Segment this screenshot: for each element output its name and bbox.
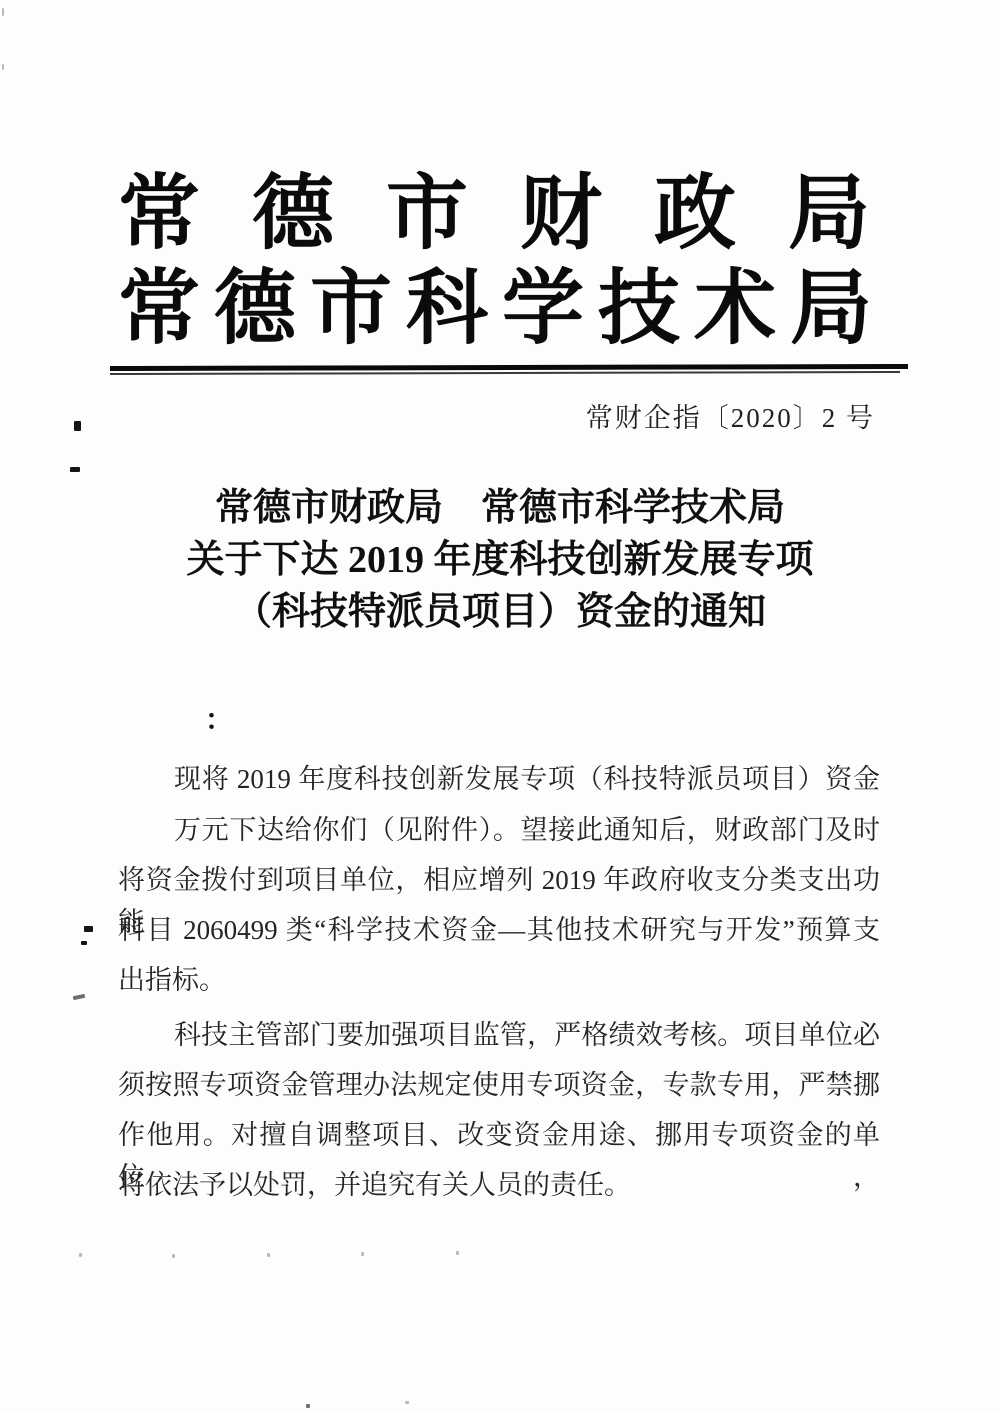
scan-artifact <box>306 1404 310 1408</box>
scan-artifact <box>70 467 80 472</box>
body-line: 万元下达给你们（见附件）。望接此通知后，财政部门及时 <box>118 809 880 853</box>
scan-artifact <box>73 994 86 1000</box>
body-line: 科技主管部门要加强项目监管，严格绩效考核。项目单位必 <box>118 1014 880 1058</box>
body-line: 须按照专项资金管理办法规定使用专项资金，专款专用，严禁挪 <box>118 1064 880 1108</box>
scan-artifact <box>79 1253 82 1257</box>
divider-thin-line <box>110 371 900 375</box>
scan-artifact <box>84 926 93 932</box>
body-line: 出指标。 <box>118 959 880 1003</box>
letterhead-divider <box>110 364 908 375</box>
body-line: 现将 2019 年度科技创新发展专项（科技特派员项目）资金 <box>118 758 880 802</box>
body-line: 作他用。对擅自调整项目、改变资金用途、挪用专项资金的单位， <box>118 1114 880 1158</box>
title-line-1: 常德市财政局 常德市科学技术局 <box>0 486 1000 530</box>
scanned-notice-page: 常德市财政局 常德市科学技术局 常财企指〔2020〕2 号 常德市财政局 常德市… <box>0 0 1000 1413</box>
scan-artifact <box>74 421 81 431</box>
scan-artifact <box>2 64 4 70</box>
letterhead-agency-science: 常德市科学技术局 <box>118 266 886 352</box>
scan-artifact <box>267 1253 270 1257</box>
letterhead-agency-finance: 常德市财政局 <box>118 171 922 257</box>
salutation-colon: ： <box>205 698 233 738</box>
scan-artifact <box>2 8 4 16</box>
scan-artifact <box>456 1251 459 1255</box>
scan-artifact <box>361 1252 364 1256</box>
body-line: 将资金拨付到项目单位，相应增列 2019 年政府收支分类支出功能 <box>118 859 880 903</box>
scan-artifact <box>405 1401 409 1404</box>
title-line-3: （科技特派员项目）资金的通知 <box>0 590 1000 634</box>
scan-artifact <box>81 941 87 945</box>
body-line: 将依法予以处罚，并追究有关人员的责任。 <box>118 1164 880 1208</box>
title-line-2: 关于下达 2019 年度科技创新发展专项 <box>0 538 1000 582</box>
divider-thick-line <box>110 364 908 371</box>
document-number: 常财企指〔2020〕2 号 <box>118 396 875 435</box>
body-line: 科目 2060499 类“科学技术资金—其他技术研究与开发”预算支 <box>118 909 880 953</box>
scan-artifact <box>172 1254 175 1258</box>
